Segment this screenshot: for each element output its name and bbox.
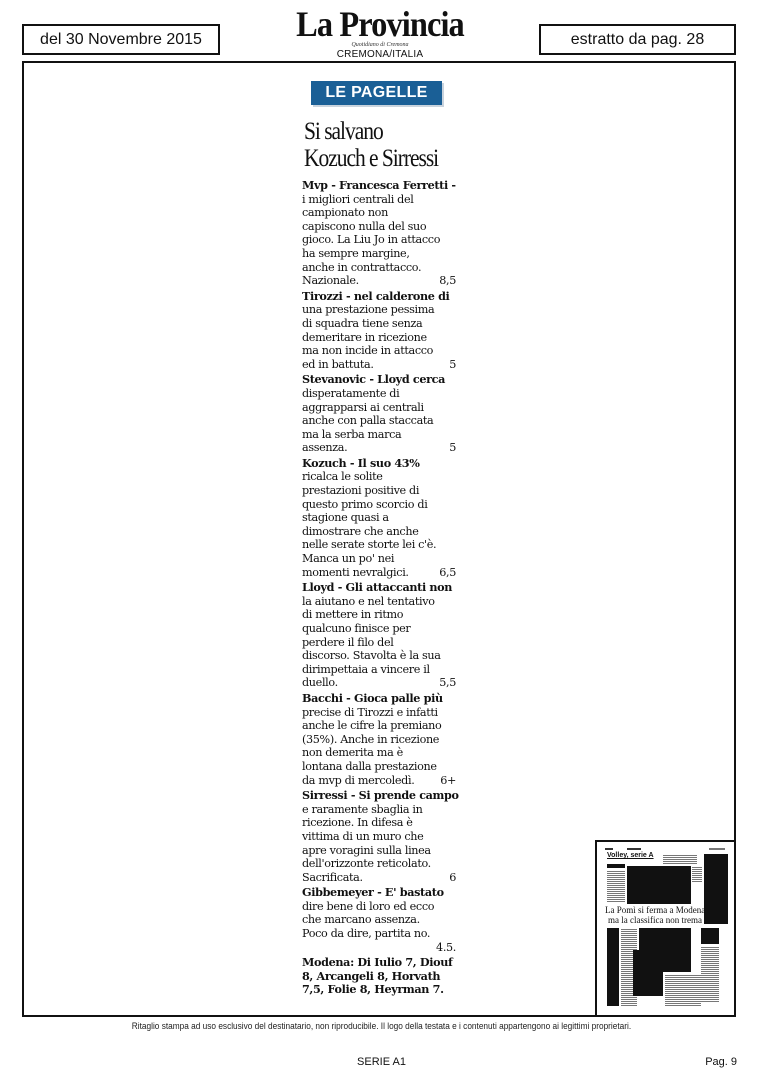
text-line: questo primo scorcio di — [302, 498, 456, 512]
text-line: assenza. — [302, 441, 347, 455]
text-line: che marcano assenza. — [302, 913, 456, 927]
date-box: del 30 Novembre 2015 — [22, 24, 220, 55]
text-line: Poco da dire, partita no. — [302, 927, 456, 941]
text-line: di mettere in ritmo — [302, 608, 456, 622]
rating-score: 6,5 — [439, 566, 456, 580]
thumb-column-3 — [665, 974, 701, 1006]
text-line: ha sempre margine, — [302, 247, 456, 261]
player-rating-entry: Tirozzi - nel calderone diuna prestazion… — [302, 290, 456, 372]
text-line: ricezione. In difesa è — [302, 816, 456, 830]
masthead-city: CREMONA/ITALIA — [270, 49, 490, 60]
thumb-photo-4 — [633, 950, 663, 996]
text-line: ma non incide in attacco — [302, 344, 456, 358]
article-body: Mvp - Francesca Ferretti -i migliori cen… — [302, 179, 456, 999]
text-line: Kozuch - Il suo 43% — [302, 457, 456, 471]
text-line: dell'orizzonte reticolato. — [302, 857, 456, 871]
text-line: (35%). Anche in ricezione — [302, 733, 456, 747]
thumb-caption — [692, 866, 702, 882]
page-reference: estratto da pag. 28 — [571, 31, 704, 49]
text-line: anche le cifre la premiano — [302, 719, 456, 733]
text-line: discorso. Stavolta è la sua — [302, 649, 456, 663]
text-line: demeritare in ricezione — [302, 331, 456, 345]
text-line: e raramente sbaglia in — [302, 803, 456, 817]
player-rating-entry: Kozuch - Il suo 43%ricalca le solitepres… — [302, 457, 456, 579]
section-label: SERIE A1 — [0, 1056, 763, 1068]
article-headline: Si salvano Kozuch e Sirressi — [304, 118, 450, 172]
thumb-headline-line: ma la classifica non trema — [605, 915, 705, 925]
text-line: anche in contrattacco. — [302, 261, 456, 275]
text-line: disperatamente di — [302, 387, 456, 401]
page-reference-box: estratto da pag. 28 — [539, 24, 736, 55]
player-rating-entry: Gibbemeyer - E' bastatodire bene di loro… — [302, 886, 456, 954]
text-line: Bacchi - Gioca palle più — [302, 692, 456, 706]
player-rating-entry: Sirressi - Si prende campoe raramente sb… — [302, 789, 456, 884]
text-line: duello. — [302, 676, 338, 690]
text-line: vittima di un muro che — [302, 830, 456, 844]
thumb-sidebar — [607, 928, 619, 1006]
text-line: Lloyd - Gli attaccanti non — [302, 581, 456, 595]
text-line: Sirressi - Si prende campo — [302, 789, 456, 803]
thumb-photo-5 — [701, 928, 719, 944]
player-rating-entry: Stevanovic - Lloyd cercadisperatamente d… — [302, 373, 456, 455]
text-line: Sacrificata. — [302, 871, 363, 885]
text-line: Modena: Di Iulio 7, Diouf — [302, 956, 456, 970]
rating-score: 4.5. — [302, 941, 456, 955]
text-line: Nazionale. — [302, 274, 359, 288]
headline-line: Kozuch e Sirressi — [304, 145, 450, 172]
text-line: Gibbemeyer - E' bastato — [302, 886, 456, 900]
section-badge: LE PAGELLE — [311, 81, 442, 105]
rating-score: 5 — [449, 441, 456, 455]
rating-score: 5,5 — [439, 676, 456, 690]
thumb-photo-1 — [627, 866, 691, 904]
score-row: Sacrificata.6 — [302, 871, 456, 885]
thumb-section-marker — [627, 848, 641, 850]
text-line: anche con palla staccata — [302, 414, 456, 428]
text-line: momenti nevralgici. — [302, 566, 409, 580]
page-thumbnail: Volley, serie A La Pomì si ferma a Moden… — [595, 840, 736, 1017]
player-rating-entry: Bacchi - Gioca palle piùprecise di Tiroz… — [302, 692, 456, 787]
score-row: da mvp di mercoledì.6+ — [302, 774, 456, 788]
thumb-page-marker — [605, 848, 613, 850]
text-line: capiscono nulla del suo — [302, 220, 456, 234]
text-line: prestazioni positive di — [302, 484, 456, 498]
text-line: stagione quasi a — [302, 511, 456, 525]
player-rating-entry: Lloyd - Gli attaccanti nonla aiutano e n… — [302, 581, 456, 690]
text-line: Mvp - Francesca Ferretti - — [302, 179, 456, 193]
text-line: gioco. La Liu Jo in attacco — [302, 233, 456, 247]
page-number: Pag. 9 — [705, 1056, 737, 1068]
text-line: Stevanovic - Lloyd cerca — [302, 373, 456, 387]
text-line: campionato non — [302, 206, 456, 220]
player-rating-entry: Mvp - Francesca Ferretti -i migliori cen… — [302, 179, 456, 288]
thumb-headline: La Pomì si ferma a Modena ma la classifi… — [605, 905, 705, 925]
text-line: ed in battuta. — [302, 358, 374, 372]
section-badge-label: LE PAGELLE — [325, 84, 427, 102]
text-line: dimostrare che anche — [302, 525, 456, 539]
disclaimer: Ritaglio stampa ad uso esclusivo del des… — [31, 1021, 733, 1031]
rating-score: 5 — [449, 358, 456, 372]
score-row: Nazionale.8,5 — [302, 274, 456, 288]
text-line: non demerita ma è — [302, 746, 456, 760]
text-line: 8, Arcangeli 8, Horvath — [302, 970, 456, 984]
thumb-intro-text — [663, 854, 697, 864]
text-line: perdere il filo del — [302, 636, 456, 650]
text-line: ma la serba marca — [302, 428, 456, 442]
score-row: assenza.5 — [302, 441, 456, 455]
text-line: qualcuno finisce per — [302, 622, 456, 636]
thumb-folio — [709, 848, 725, 850]
score-row: momenti nevralgici.6,5 — [302, 566, 456, 580]
thumb-box — [607, 864, 625, 868]
thumb-section-title: Volley, serie A — [607, 852, 654, 859]
rating-score: 8,5 — [439, 274, 456, 288]
text-line: aggrapparsi ai centrali — [302, 401, 456, 415]
text-line: nelle serate storte lei c'è. — [302, 538, 456, 552]
rating-score: 6+ — [440, 774, 456, 788]
text-line: lontana dalla prestazione — [302, 760, 456, 774]
score-row: duello.5,5 — [302, 676, 456, 690]
text-line: una prestazione pessima — [302, 303, 456, 317]
text-line: dirimpettaia a vincere il — [302, 663, 456, 677]
text-line: 7,5, Folie 8, Heyrman 7. — [302, 983, 456, 997]
thumb-column — [607, 870, 625, 902]
publication-date: del 30 Novembre 2015 — [40, 31, 202, 49]
score-row: ed in battuta.5 — [302, 358, 456, 372]
text-line: la aiutano e nel tentativo — [302, 595, 456, 609]
headline-line: Si salvano — [304, 118, 450, 145]
thumb-headline-line: La Pomì si ferma a Modena — [605, 905, 705, 915]
text-line: i migliori centrali del — [302, 193, 456, 207]
rating-score: 6 — [449, 871, 456, 885]
text-line: precise di Tirozzi e infatti — [302, 706, 456, 720]
opponent-ratings: Modena: Di Iulio 7, Diouf8, Arcangeli 8,… — [302, 956, 456, 997]
text-line: da mvp di mercoledì. — [302, 774, 414, 788]
text-line: Manca un po' nei — [302, 552, 456, 566]
thumb-photo-2 — [704, 854, 728, 924]
masthead: La Provincia Quotidiano di Cremona CREMO… — [270, 6, 490, 60]
text-line: ricalca le solite — [302, 470, 456, 484]
newspaper-logo: La Provincia — [281, 6, 479, 42]
text-line: di squadra tiene senza — [302, 317, 456, 331]
text-line: Tirozzi - nel calderone di — [302, 290, 456, 304]
thumb-table — [701, 946, 719, 1002]
text-line: dire bene di loro ed ecco — [302, 900, 456, 914]
text-line: apre voragini sulla linea — [302, 844, 456, 858]
